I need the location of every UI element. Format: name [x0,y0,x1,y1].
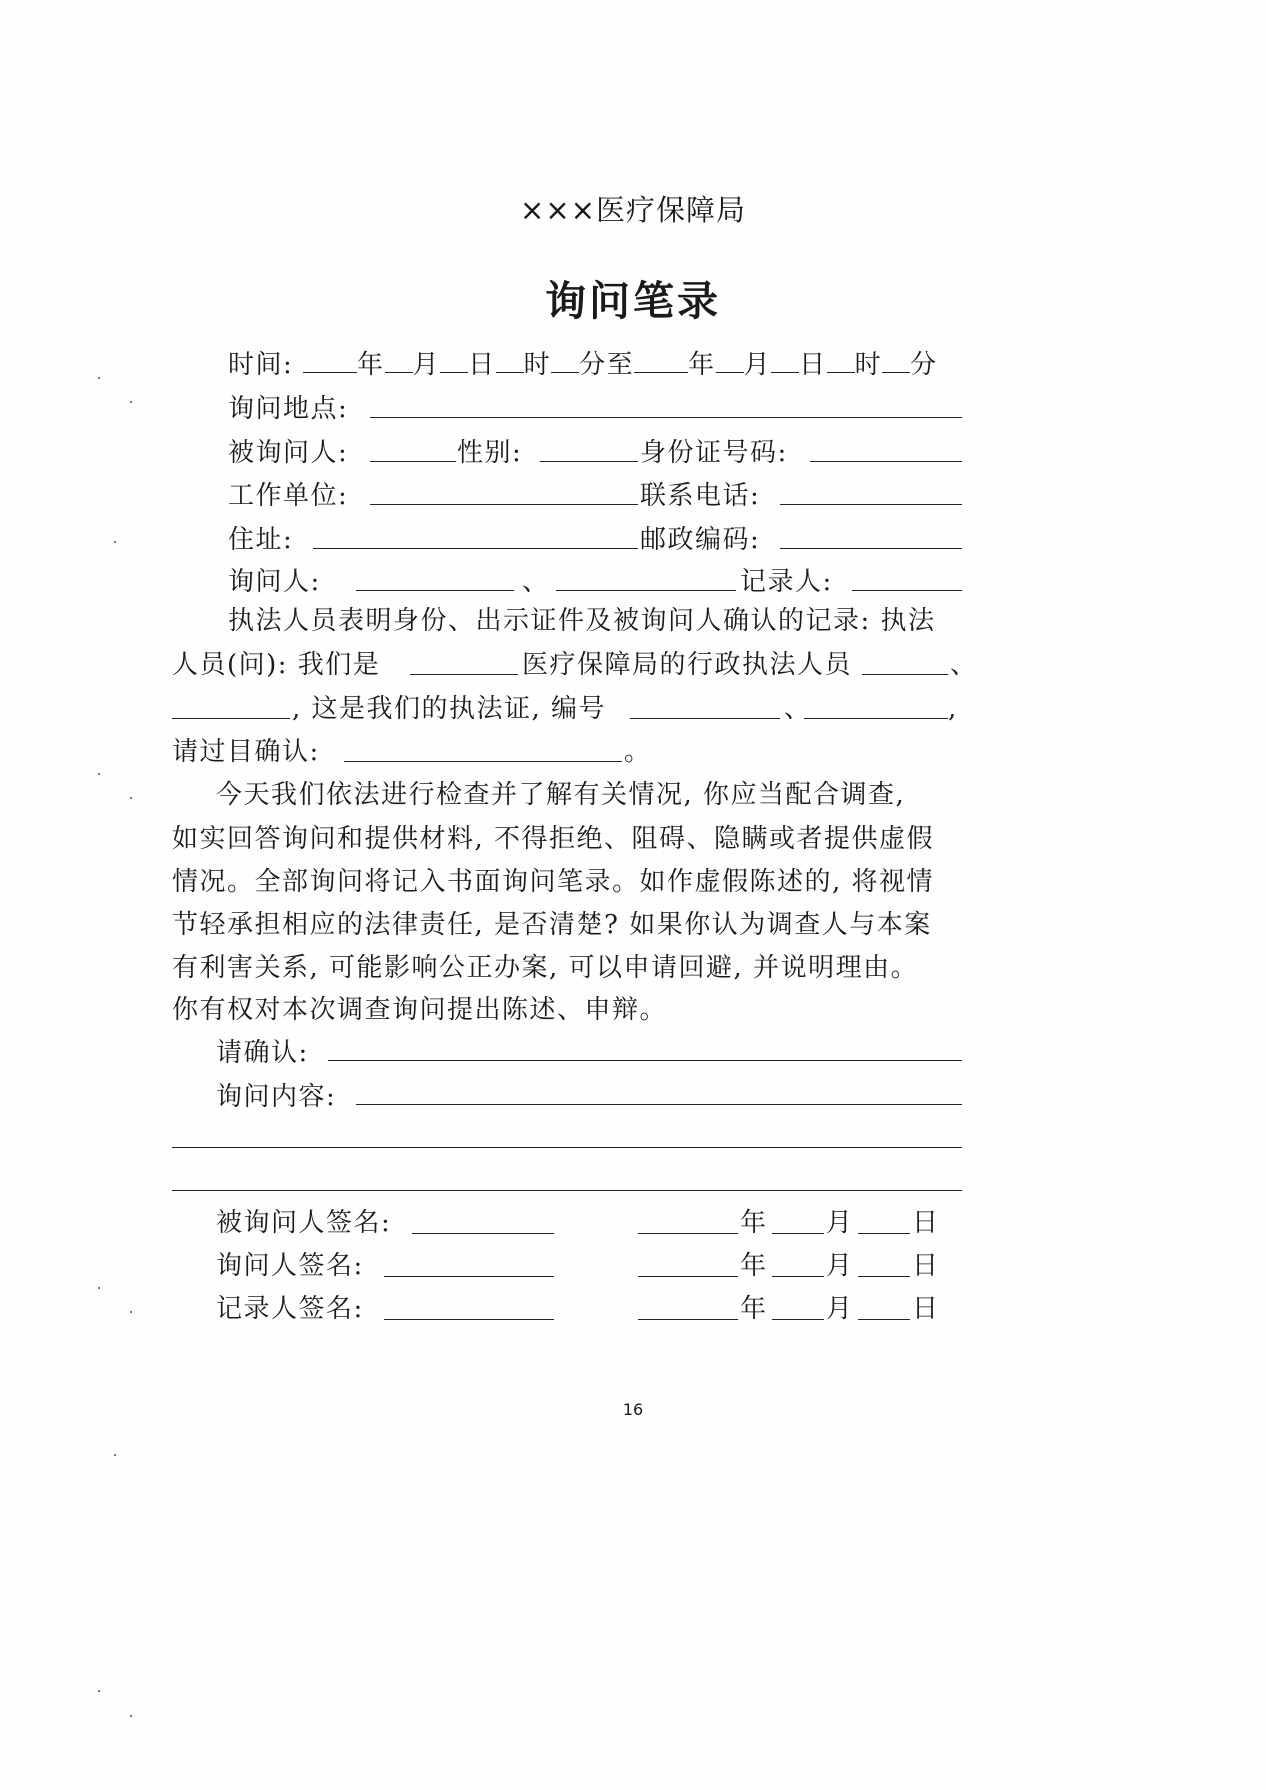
end-hour-field[interactable] [827,348,855,373]
id-number-field[interactable] [810,461,962,462]
notice-line: 有利害关系, 可能影响公正办案, 可以申请回避, 并说明理由。 [172,951,918,985]
postal-code-label: 邮政编码: [640,523,760,557]
identification-line-3a: , 这是我们的执法证, 编号 [292,692,606,726]
recorder-sign-day-field[interactable] [858,1319,910,1320]
year-label: 年 [357,350,385,380]
signature-label: 被询问人签名: [216,1206,391,1240]
identification-line-2b: 医疗保障局的行政执法人员 [522,648,852,682]
scan-speck [98,1690,100,1692]
month-label: 月 [413,350,441,380]
recorder-sign-year-field[interactable] [638,1319,738,1320]
confirm-field[interactable] [328,1060,962,1061]
interviewer-label: 询问人: [228,565,321,599]
sign-month-label: 月 [826,1292,854,1326]
employer-field[interactable] [370,504,638,505]
certificate-number-field-2[interactable] [804,718,948,719]
end-year-field[interactable] [634,348,688,373]
phone-field[interactable] [780,504,962,505]
notice-line: 节轻承担相应的法律责任, 是否清楚? 如果你认为调查人与本案 [172,908,932,942]
scan-speck [98,377,100,379]
certificate-number-field-1[interactable] [630,718,780,719]
scan-speck [114,541,116,543]
interviewer-sign-day-field[interactable] [858,1276,910,1277]
content-field-line-1[interactable] [356,1104,962,1105]
interviewee-field[interactable] [370,461,456,462]
time-row: 时间: 年月日时分至年月日时分 [228,348,938,382]
document-page: ×××医疗保障局 询问笔录 时间: 年月日时分至年月日时分 询问地点: 被询问人… [0,0,1266,1790]
identification-line-4b: 。 [624,735,652,769]
year-label: 年 [688,350,716,380]
end-day-field[interactable] [771,348,799,373]
end-month-field[interactable] [716,348,744,373]
identification-line-4a: 请过目确认: [172,735,320,769]
sign-day-label: 日 [912,1292,940,1326]
interviewee-sign-year-field[interactable] [638,1233,738,1234]
address-label: 住址: [228,523,293,557]
postal-code-field[interactable] [780,548,962,549]
scan-speck [130,401,132,403]
location-row: 询问地点: [228,392,348,426]
minute-to-label: 分至 [579,350,634,380]
scan-speck [98,773,100,775]
start-year-field[interactable] [303,348,357,373]
sign-year-label: 年 [740,1206,768,1240]
sign-month-label: 月 [826,1249,854,1283]
start-day-field[interactable] [440,348,468,373]
agency-name: ×××医疗保障局 [0,188,1266,229]
recorder-field[interactable] [852,590,962,591]
interviewee-signature-field[interactable] [412,1233,554,1234]
interviewer-sign-month-field[interactable] [772,1276,824,1277]
employer-label: 工作单位: [228,479,348,513]
day-label: 日 [799,350,827,380]
agency-name-field[interactable] [410,674,518,675]
start-minute-field[interactable] [551,348,579,373]
notice-line: 今天我们依法进行检查并了解有关情况, 你应当配合调查, [216,778,905,812]
content-field-line-2[interactable] [172,1147,962,1148]
time-label: 时间: [228,350,293,380]
scan-speck [114,1454,116,1456]
notice-line: 你有权对本次调查询问提出陈述、申辩。 [172,993,667,1027]
review-confirm-field[interactable] [344,761,622,762]
scan-speck [98,1287,100,1289]
interviewee-sign-month-field[interactable] [772,1233,824,1234]
interviewee-sign-day-field[interactable] [858,1233,910,1234]
sign-month-label: 月 [826,1206,854,1240]
recorder-label: 记录人: [740,565,833,599]
interviewer-separator: 、 [522,565,550,599]
signature-label: 记录人签名: [216,1292,364,1326]
sign-day-label: 日 [912,1206,940,1240]
notice-line: 情况。全部询问将记入书面询问笔录。如作虚假陈述的, 将视情 [172,865,934,899]
sign-year-label: 年 [740,1249,768,1283]
month-label: 月 [744,350,772,380]
location-field[interactable] [370,417,962,418]
signature-label: 询问人签名: [216,1249,364,1283]
scan-speck [130,1715,132,1717]
start-month-field[interactable] [385,348,413,373]
confirm-label: 请确认: [216,1036,309,1070]
phone-label: 联系电话: [640,479,760,513]
identification-line-3c: , [948,692,958,726]
minute-label: 分 [910,350,938,380]
day-label: 日 [468,350,496,380]
page-title: 询问笔录 [0,268,1266,327]
sign-day-label: 日 [912,1249,940,1283]
address-field[interactable] [313,548,638,549]
interviewee-label: 被询问人: [228,438,348,468]
interviewer-signature-field[interactable] [384,1276,554,1277]
end-minute-field[interactable] [882,348,910,373]
hour-label: 时 [855,350,883,380]
interviewer-field-1[interactable] [356,590,514,591]
page-number: 16 [0,1400,1266,1419]
scan-speck [130,1311,132,1313]
identification-line-2a: 人员(问): 我们是 [172,648,380,682]
officer-name-field-1[interactable] [862,674,948,675]
identification-line-1: 执法人员表明身份、出示证件及被询问人确认的记录: 执法 [228,604,936,638]
interviewer-sign-year-field[interactable] [638,1276,738,1277]
identification-line-2c: 、 [950,648,978,682]
start-hour-field[interactable] [496,348,524,373]
sign-year-label: 年 [740,1292,768,1326]
scan-speck [130,797,132,799]
notice-line: 如实回答询问和提供材料, 不得拒绝、阻碍、隐瞒或者提供虚假 [172,822,934,856]
location-label: 询问地点: [228,394,348,424]
interviewer-field-2[interactable] [556,590,736,591]
identification-line-3b: 、 [784,692,812,726]
gender-field[interactable] [540,461,638,462]
officer-name-field-2[interactable] [172,718,290,719]
id-number-label: 身份证号码: [640,436,788,470]
content-label: 询问内容: [216,1080,336,1114]
hour-label: 时 [524,350,552,380]
interviewee-row: 被询问人: [228,436,348,470]
recorder-signature-field[interactable] [384,1319,554,1320]
gender-label: 性别: [457,436,522,470]
content-field-line-3[interactable] [172,1190,962,1191]
recorder-sign-month-field[interactable] [772,1319,824,1320]
